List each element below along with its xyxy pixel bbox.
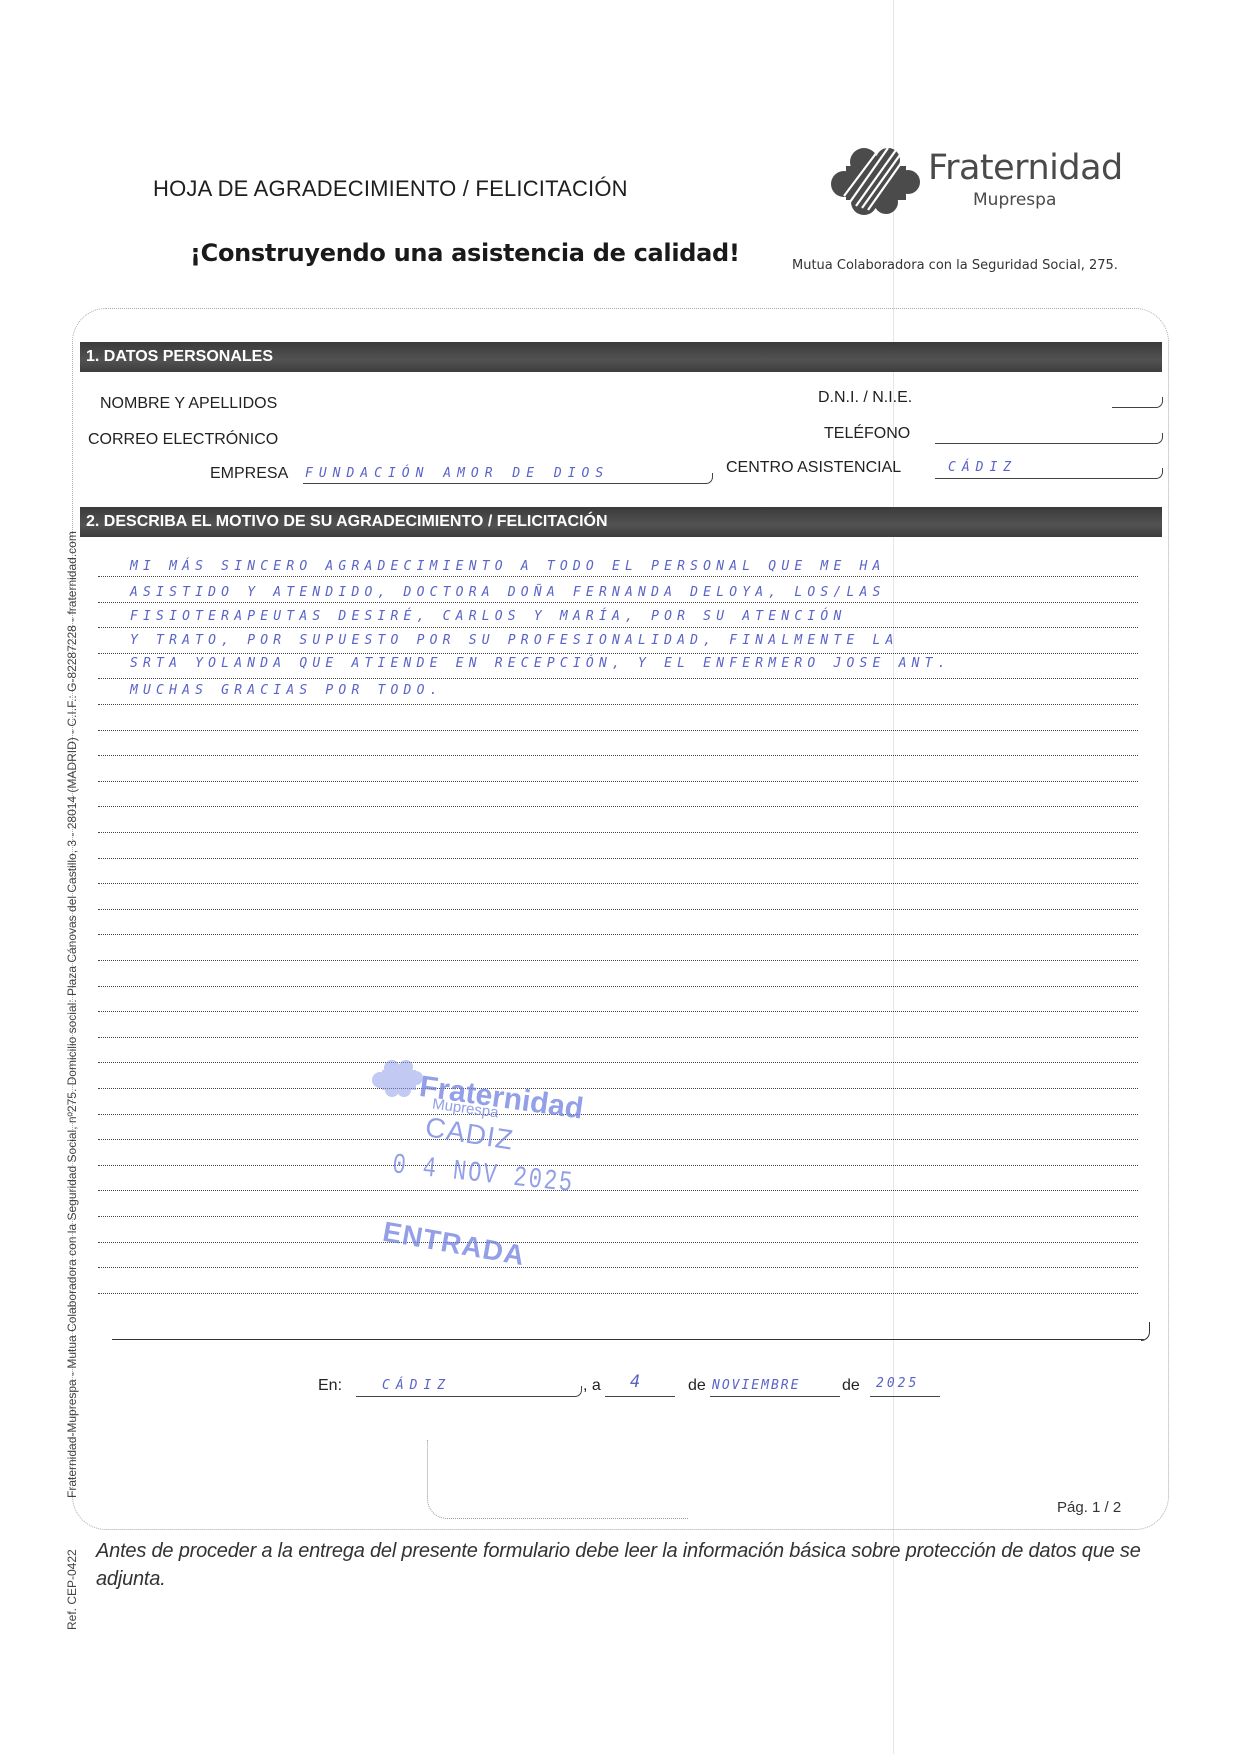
writing-rule [98,1088,1138,1089]
writing-rule [98,883,1138,884]
centro-label: CENTRO ASISTENCIAL [726,459,901,477]
month-value: NOVIEMBRE [712,1378,800,1393]
signature-box[interactable] [427,1440,688,1519]
brand-name: Fraternidad [928,148,1123,188]
writing-rule [98,730,1138,731]
writing-rule [98,1062,1138,1063]
writing-rule [98,1216,1138,1217]
form-frame [72,308,1169,1530]
day-value: 4 [630,1372,646,1392]
brand-tagline: Mutua Colaboradora con la Seguridad Soci… [792,258,1118,273]
motivo-line: FISIOTERAPEUTAS DESIRÉ, CARLOS Y MARÍA, … [130,609,846,624]
empresa-value: FUNDACIÓN AMOR DE DIOS [305,466,609,481]
side-legal-text: Fraternidad-Muprespa - Mutua Colaborador… [65,531,79,1498]
writing-rule [98,678,1138,679]
section-personal-header: 1. DATOS PERSONALES [80,342,1162,372]
writing-rule [98,1139,1138,1140]
centro-field[interactable] [935,478,1157,479]
stamp-logo-icon [370,1058,426,1098]
nombre-label: NOMBRE Y APELLIDOS [100,395,277,413]
motivo-line: MUCHAS GRACIAS POR TODO. [130,683,443,698]
writing-rule [98,1190,1138,1191]
writing-rule [98,1242,1138,1243]
document-subtitle: ¡Construyendo una asistencia de calidad! [190,239,740,267]
centro-value: CÁDIZ [948,460,1017,475]
form-reference: Ref. CEP-0422 [65,1549,79,1630]
motivo-line: MI MÁS SINCERO AGRADECIMIENTO A TODO EL … [130,559,886,574]
motivo-line: Y TRATO, POR SUPUESTO POR SU PROFESIONAL… [130,633,899,648]
writing-rule [98,806,1138,807]
writing-rule [98,602,1138,603]
empresa-field[interactable] [303,483,707,484]
brand-subname: Muprespa [973,190,1056,210]
a-label: , a [583,1377,601,1395]
fraternidad-cross-logo-icon [826,146,926,216]
en-label: En: [318,1377,342,1395]
document-title: HOJA DE AGRADECIMIENTO / FELICITACIÓN [153,176,628,202]
writing-rule [98,1037,1138,1038]
telefono-field[interactable] [935,443,1157,444]
page-number: Pág. 1 / 2 [1057,1499,1121,1516]
writing-rule [98,858,1138,859]
writing-rule [98,960,1138,961]
writing-rule [98,832,1138,833]
dni-field[interactable] [1112,407,1157,408]
day-field[interactable] [605,1396,675,1397]
writing-rule [98,986,1138,987]
motivo-line: ASISTIDO Y ATENDIDO, DOCTORA DOÑA FERNAN… [130,585,886,600]
motivo-end-line [112,1339,1144,1340]
writing-rule [98,909,1138,910]
dni-label: D.N.I. / N.I.E. [818,389,912,407]
correo-label: CORREO ELECTRÓNICO [88,431,278,449]
writing-rule [98,1165,1138,1166]
writing-rule [98,934,1138,935]
data-protection-notice: Antes de proceder a la entrega del prese… [96,1537,1176,1593]
section-motivo-header: 2. DESCRIBA EL MOTIVO DE SU AGRADECIMIEN… [80,507,1162,537]
empresa-label: EMPRESA [210,465,288,483]
writing-rule [98,627,1138,628]
motivo-line: SRTA YOLANDA QUE ATIENDE EN RECEPCIÓN, Y… [130,656,951,671]
writing-rule [98,755,1138,756]
year-field[interactable] [870,1396,940,1397]
writing-rule [98,1114,1138,1115]
year-value: 2025 [876,1376,919,1391]
de-label-2: de [842,1377,860,1395]
writing-rule [98,704,1138,705]
place-value: CÁDIZ [382,1378,451,1393]
month-field[interactable] [710,1396,840,1397]
writing-rule [98,781,1138,782]
writing-rule [98,576,1138,577]
telefono-label: TELÉFONO [824,425,910,443]
writing-rule [98,1293,1138,1294]
place-field[interactable] [356,1396,576,1397]
writing-rule [98,653,1138,654]
de-label-1: de [688,1377,706,1395]
writing-rule [98,1011,1138,1012]
writing-rule [98,1267,1138,1268]
